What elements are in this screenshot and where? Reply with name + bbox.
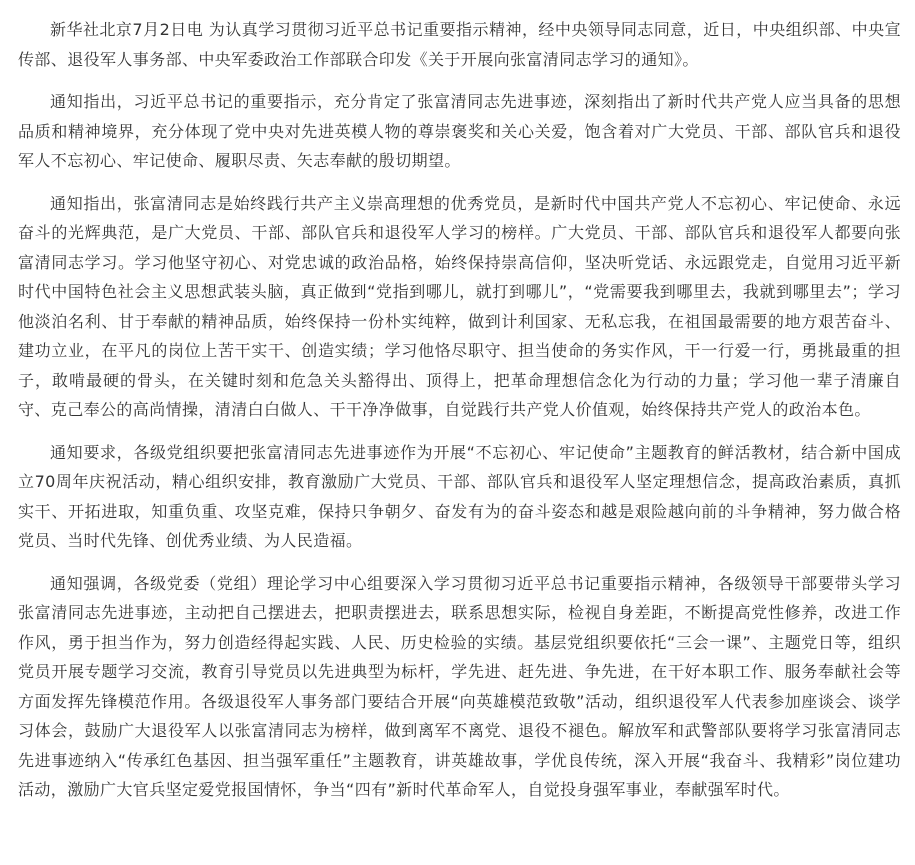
paragraph-notice-role-model: 通知指出，张富清同志是始终践行共产主义崇高理想的优秀党员，是新时代中国共产党人不… bbox=[18, 189, 901, 425]
paragraph-notice-requirements: 通知要求，各级党组织要把张富清同志先进事迹作为开展“不忘初心、牢记使命”主题教育… bbox=[18, 438, 901, 556]
paragraph-dateline: 新华社北京7月2日电 为认真学习贯彻习近平总书记重要指示精神，经中央领导同志同意… bbox=[18, 15, 901, 74]
paragraph-notice-emphasis: 通知强调，各级党委（党组）理论学习中心组要深入学习贯彻习近平总书记重要指示精神，… bbox=[18, 569, 901, 805]
paragraph-notice-significance: 通知指出，习近平总书记的重要指示，充分肯定了张富清同志先进事迹，深刻指出了新时代… bbox=[18, 87, 901, 176]
article-body: 新华社北京7月2日电 为认真学习贯彻习近平总书记重要指示精神，经中央领导同志同意… bbox=[0, 0, 915, 805]
